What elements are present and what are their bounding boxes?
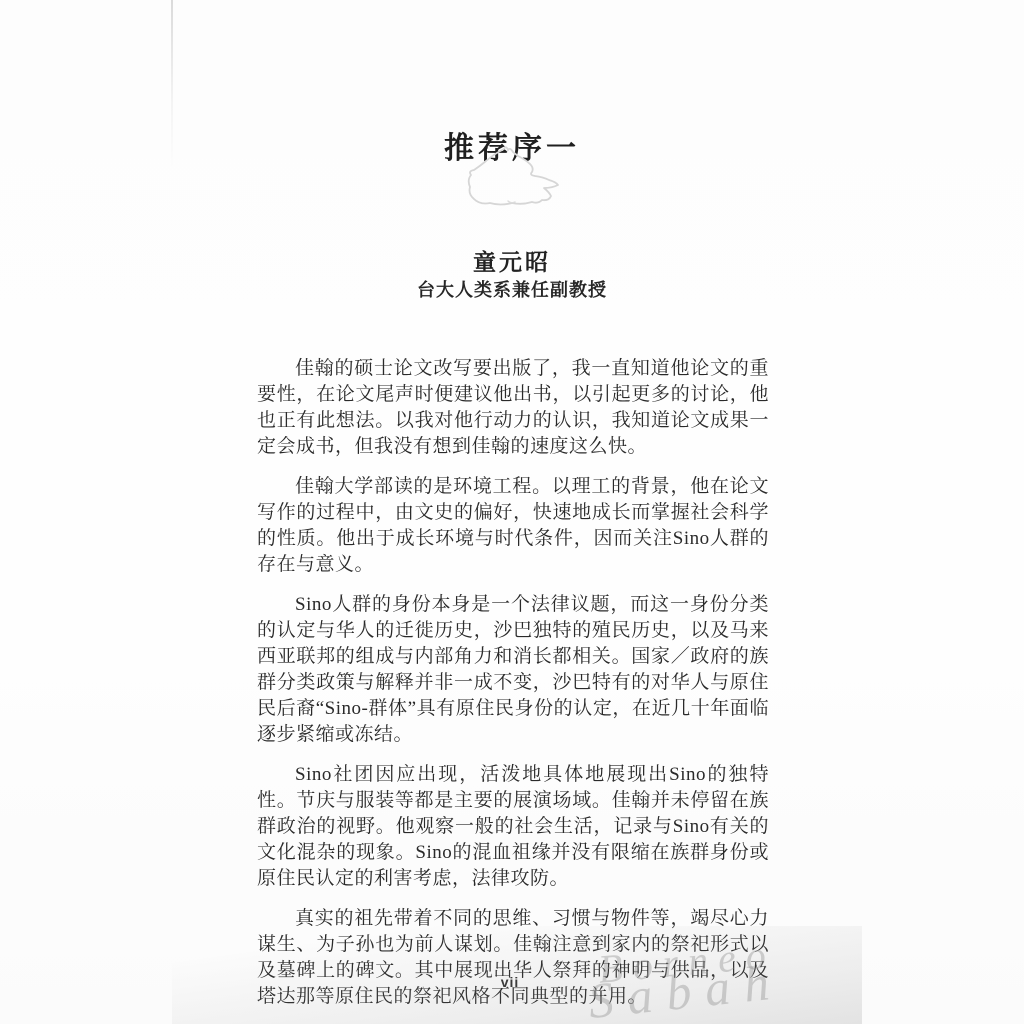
paragraph-3: Sino人群的身份本身是一个法律议题，而这一身份分类的认定与华人的迁徙历史，沙巴… [257,592,769,748]
sabah-map-sketch-icon [450,144,574,224]
author-affiliation: 台大人类系兼任副教授 [0,276,1024,302]
preface-body: 佳翰的硕士论文改写要出版了，我一直知道他论文的重要性，在论文尾声时便建议他出书，… [257,356,769,1024]
paragraph-2: 佳翰大学部读的是环境工程。以理工的背景，他在论文写作的过程中，由文史的偏好，快速… [257,474,769,578]
author-name: 童元昭 [0,244,1024,277]
paragraph-4: Sino社团因应出现，活泼地具体地展现出Sino的独特性。节庆与服装等都是主要的… [257,762,769,892]
book-page-photo: 推荐序一 童元昭 台大人类系兼任副教授 佳翰的硕士论文改写要出版了，我一直知道他… [0,0,1024,1024]
paragraph-1: 佳翰的硕士论文改写要出版了，我一直知道他论文的重要性，在论文尾声时便建议他出书，… [257,356,769,460]
page-number: vii [0,974,1020,990]
